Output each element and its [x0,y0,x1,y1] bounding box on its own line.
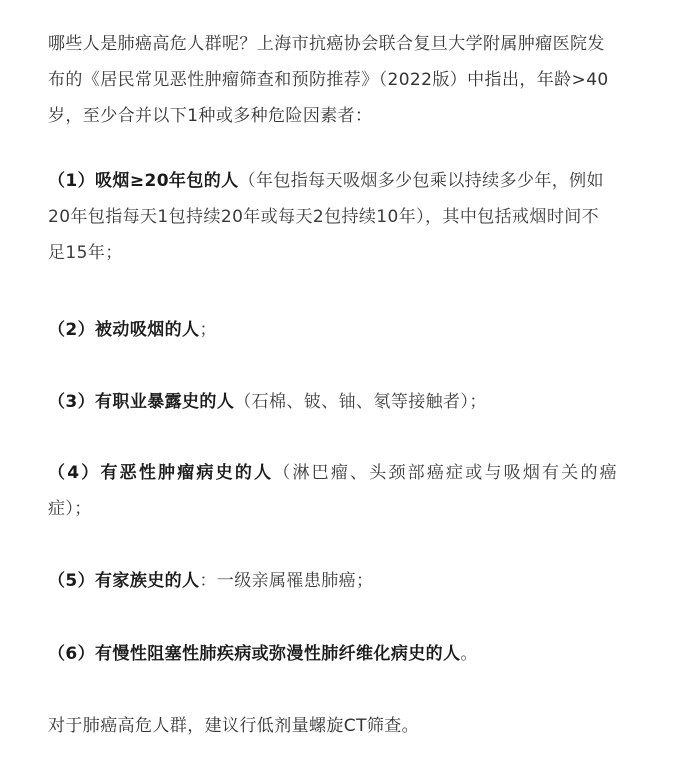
risk-factor-title: 被动吸烟的人 [95,320,199,340]
risk-factor-title: 有慢性阻塞性肺疾病或弥漫性肺纤维化病史的人 [95,644,460,664]
risk-factor-title: 有家族史的人 [95,571,199,591]
risk-factor-title: 吸烟≥20年包的人 [95,171,239,191]
risk-factor-number: （4） [48,463,100,483]
intro-line: 布的《居民常见恶性肿瘤筛查和预防推荐》（2022版）中指出，年龄>40 [48,62,658,98]
conclusion-paragraph: 对于肺癌高危人群，建议行低剂量螺旋CT筛查。 [48,708,658,744]
risk-factor-detail: （年包指每天吸烟多少包乘以持续多少年，例如 [239,171,604,191]
risk-factor-detail: 症）； [48,491,658,527]
intro-paragraph: 哪些人是肺癌高危人群呢？上海市抗癌协会联合复旦大学附属肿瘤医院发 布的《居民常见… [48,26,658,134]
intro-line: 哪些人是肺癌高危人群呢？上海市抗癌协会联合复旦大学附属肿瘤医院发 [48,26,658,62]
risk-factor-detail: 。 [460,644,477,664]
risk-factor-number: （2） [48,320,95,340]
risk-factor-5: （5）有家族史的人：一级亲属罹患肺癌； [48,563,658,599]
risk-factor-2: （2）被动吸烟的人； [48,312,658,348]
risk-factor-number: （5） [48,571,95,591]
risk-factor-number: （3） [48,392,95,412]
risk-factor-detail: ； [199,320,216,340]
risk-factor-number: （6） [48,644,95,664]
risk-factor-detail: （淋巴瘤、头颈部癌症或与吸烟有关的癌 [273,463,619,483]
risk-factor-title: 有职业暴露史的人 [95,392,234,412]
risk-factor-detail: ：一级亲属罹患肺癌； [199,571,373,591]
risk-factor-title: 有恶性肿瘤病史的人 [100,463,273,483]
risk-factor-1: （1）吸烟≥20年包的人（年包指每天吸烟多少包乘以持续多少年，例如 20年包指每… [48,163,658,271]
intro-line: 岁，至少合并以下1种或多种危险因素者： [48,98,658,134]
risk-factor-detail: 20年包指每天1包持续20年或每天2包持续10年），其中包括戒烟时间不 [48,199,658,235]
risk-factor-number: （1） [48,171,95,191]
risk-factor-6: （6）有慢性阻塞性肺疾病或弥漫性肺纤维化病史的人。 [48,636,658,672]
conclusion-text: 对于肺癌高危人群，建议行低剂量螺旋CT筛查。 [48,708,658,744]
risk-factor-detail: 足15年； [48,235,658,271]
risk-factor-3: （3）有职业暴露史的人（石棉、铍、铀、氡等接触者）； [48,384,658,420]
risk-factor-4: （4）有恶性肿瘤病史的人（淋巴瘤、头颈部癌症或与吸烟有关的癌 症）； [48,455,658,527]
risk-factor-detail: （石棉、铍、铀、氡等接触者）； [234,392,487,412]
